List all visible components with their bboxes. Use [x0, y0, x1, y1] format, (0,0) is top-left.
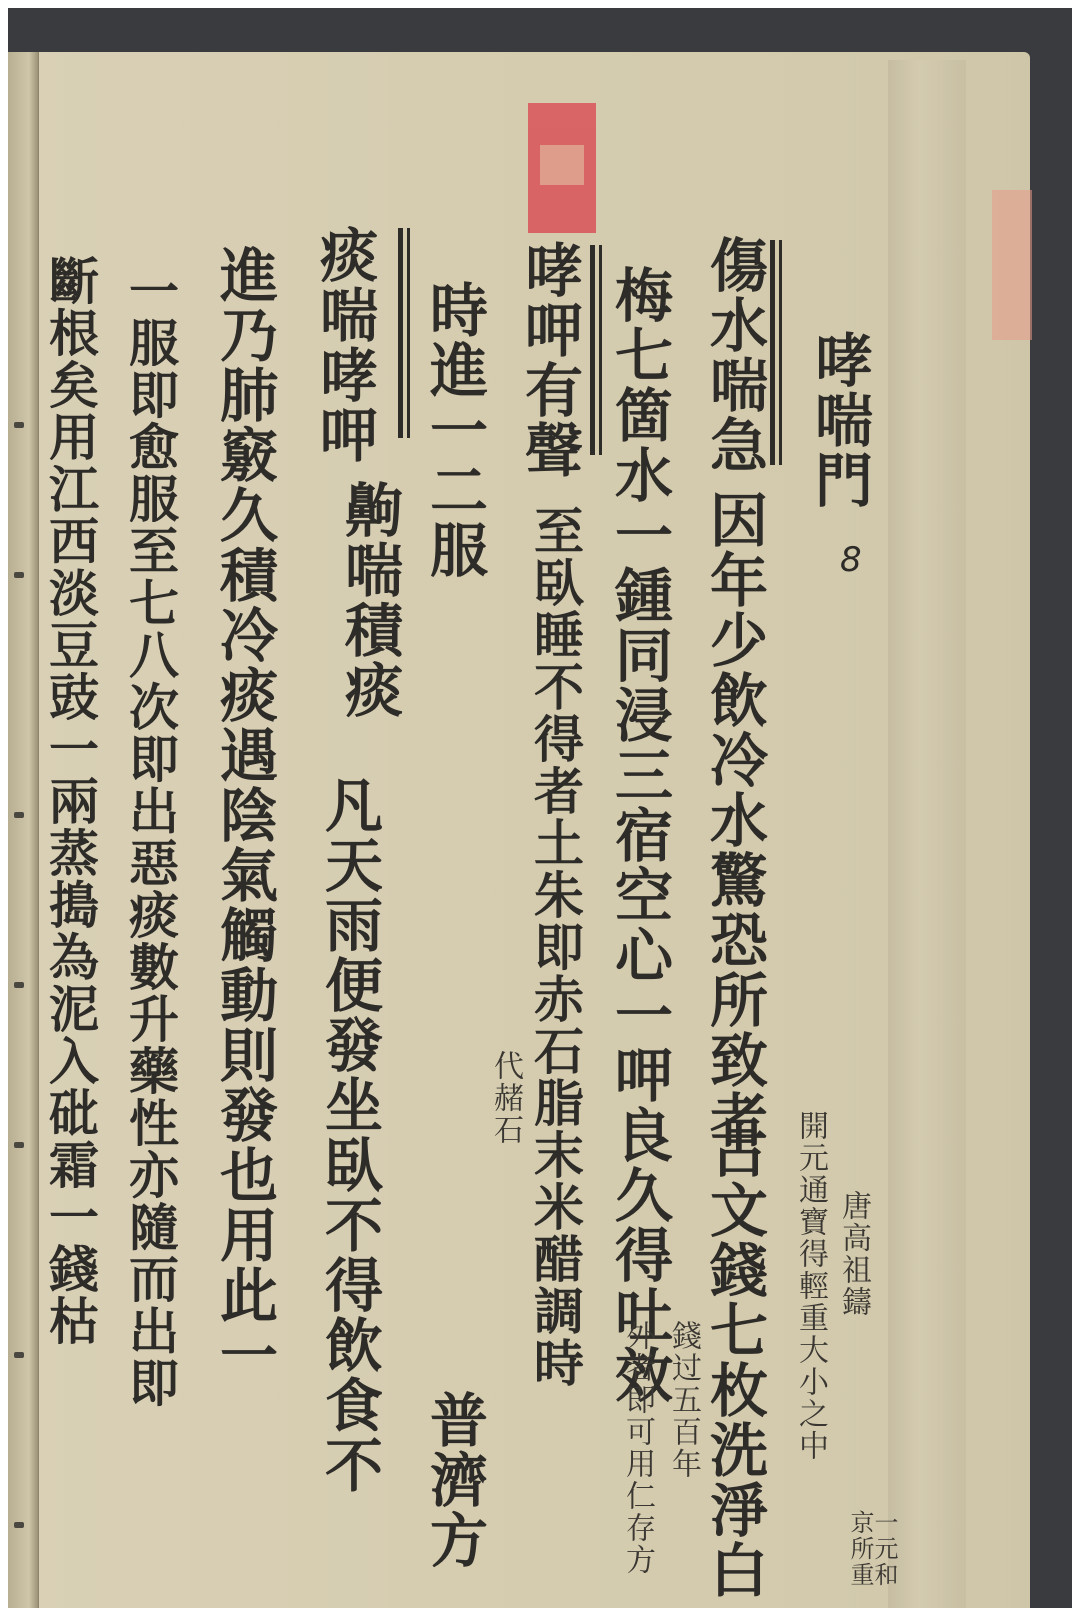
binding-mark: [14, 982, 24, 988]
faint-seal-stamp: [992, 190, 1032, 340]
column-text: 古文錢七枚洗淨白: [705, 1120, 763, 1600]
heading-bracket: [398, 228, 410, 438]
binding-mark: [14, 572, 24, 578]
column-text: 時進一二服: [425, 280, 483, 580]
column-text: 斷根矣用江西淡豆豉一兩蒸搗為泥入砒霜一錢枯: [45, 255, 95, 1347]
annotation-note: 外者即可用仁存方: [622, 1320, 652, 1576]
binding-mark: [14, 1142, 24, 1148]
column-text: 齁喘積痰: [340, 480, 398, 720]
red-seal-stamp: [528, 103, 596, 233]
heading-bracket: [770, 240, 782, 465]
heading-bracket: [590, 245, 602, 455]
heading-tan-chuan-xiao-xia: 痰喘哮呷: [315, 225, 373, 465]
column-text: 梅七箇水一鍾同浸三宿空心一呷良久得吐效: [610, 265, 668, 1405]
folio-mark: 8: [840, 540, 862, 580]
column-text: 因年少飲冷水驚恐所致者: [705, 490, 763, 1150]
column-text: 一服即愈服至七八次即出惡痰數升藥性亦隨而出即: [125, 265, 175, 1409]
section-title: 哮喘門: [810, 330, 868, 510]
column-text: 凡天雨便發坐臥不得飲食不: [320, 775, 378, 1495]
annotation-note: 唐高祖鑄: [838, 1190, 868, 1318]
annotation-note: 代赭石: [490, 1050, 520, 1146]
annotation-note: 一元和京所重: [848, 1510, 896, 1608]
source-citation-puji-fang: 普濟方: [425, 1390, 483, 1570]
left-binding-edge: [8, 52, 39, 1608]
annotation-note: 錢过五百年: [668, 1320, 698, 1480]
column-text: 至臥睡不得者土朱即赤石脂末米醋調時: [530, 505, 580, 1389]
heading-xiao-xia-you-sheng: 哮呷有聲: [520, 240, 578, 480]
annotation-note: 開元通寶得輕重大小之中: [795, 1110, 825, 1462]
binding-mark: [14, 1352, 24, 1358]
page-fold-shadow: [888, 60, 966, 1608]
binding-mark: [14, 812, 24, 818]
binding-mark: [14, 422, 24, 428]
heading-shang-shui-chuan-ji: 傷水喘急: [705, 235, 763, 475]
column-text: 進乃肺竅久積冷痰遇陰氣觸動則發也用此一: [215, 245, 273, 1385]
scan-frame: 哮喘門 8 傷水喘急 因年少飲冷水驚恐所致者 古文錢七枚洗淨白 開元通寶得輕重大…: [0, 0, 1080, 1608]
binding-mark: [14, 1522, 24, 1528]
